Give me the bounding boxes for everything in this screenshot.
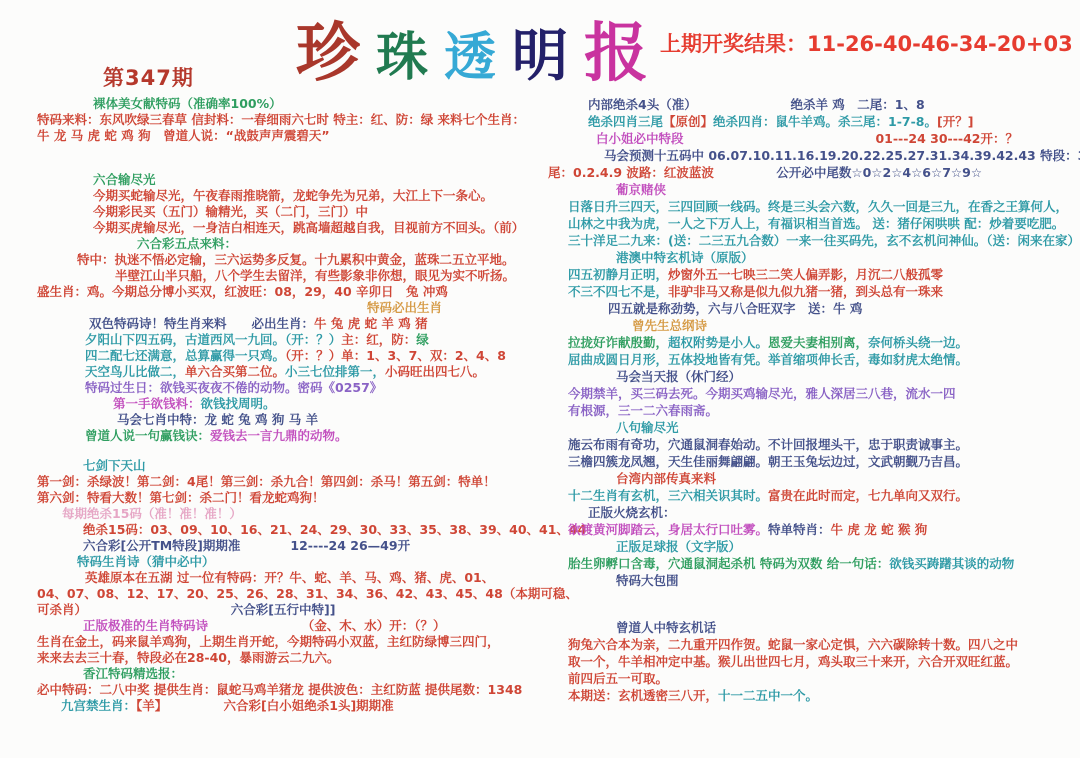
text-line: 曾先生总纲诗 xyxy=(568,317,1074,334)
text-line: 葡京赌侠 xyxy=(568,181,1074,198)
text-segment: 六合彩[五行中特]] xyxy=(81,602,336,617)
text-segment: 【原创】 xyxy=(663,114,713,129)
text-line: 屈曲成圆日月形，五体投地皆有凭。举首缩项伸长舌，毒如豺虎太绝情。 xyxy=(568,351,1074,368)
text-segment: 前四后五一可取。 xyxy=(568,671,668,686)
issue-number: 第347期 xyxy=(103,62,194,92)
text-line: 香江特码精选报： xyxy=(37,666,551,682)
text-line: 曾道人中特玄机话 xyxy=(568,619,1074,636)
text-segment: 恩爱夫妻相别离， xyxy=(768,335,868,350)
text-segment: 第一剑：杀绿波！第二剑：4尾！第三剑：杀九合！第四剑：杀马！第五剑：特单！ xyxy=(37,474,496,489)
text-line: 第一手欲钱料：欲钱找周明。 xyxy=(37,396,551,412)
text-line: 每期绝杀15码（准！准！准！） xyxy=(37,506,551,522)
text-line: 有根源，三一二六春雨斋。 xyxy=(568,402,1074,419)
text-line: 特码大包围 xyxy=(568,572,1074,589)
text-segment: 六合输尽光 xyxy=(93,172,156,187)
text-segment: 白小姐必中特段 xyxy=(596,131,684,146)
text-line: 裸体美女献特码（准确率100%） xyxy=(37,96,551,112)
last-draw-result: 上期开奖结果：11-26-40-46-34-20+03 xyxy=(660,28,1073,58)
text-line: 今期禁羊，买三码去死。今期买鸡输尽光，雅人深居三八巷，流水一四 xyxy=(568,385,1074,402)
text-segment: 裸体美女献特码（准确率100%） xyxy=(93,96,282,111)
text-segment: 正版火烧玄机： xyxy=(588,505,676,520)
text-line: 马会预测十五码中 06.07.10.11.16.19.20.22.25.27.3… xyxy=(568,147,1074,164)
text-line: 台湾内部传真来料 xyxy=(568,470,1074,487)
text-line: 尾：0.2.4.9 波路：红波蓝波 公开必中尾数☆0☆2☆4☆6☆7☆9☆ xyxy=(548,164,1074,181)
text-line: 绝杀15码：03、09、10、16、21、24、29、30、33、35、38、3… xyxy=(37,522,551,538)
text-line: 双色特码诗！特生肖来料 必出生肖：牛 兔 虎 蛇 羊 鸡 猪 xyxy=(37,316,551,332)
text-line: 马会当天报（休门经） xyxy=(568,368,1074,385)
text-segment: 牛 兔 虎 蛇 羊 鸡 猪 xyxy=(314,316,428,331)
text-segment: 十一二五中一个。 xyxy=(718,688,818,703)
text-line: 今期买蛇输尽光，午夜春雨推晓箭，龙蛇争先为兄弟，大江上下一条心。 xyxy=(37,188,551,204)
text-line: 七剑下天山 xyxy=(37,458,551,474)
text-segment: 牛 龙 马 虎 蛇 鸡 狗 曾道人说：“战鼓声声震碧天” xyxy=(37,128,330,143)
text-line: 第一剑：杀绿波！第二剑：4尾！第三剑：杀九合！第四剑：杀马！第五剑：特单！ xyxy=(37,474,551,490)
text-segment: 特码生肖诗（猜中必中） xyxy=(77,554,215,569)
text-segment: 炒窗外五一七映三二笑人偏弄影，月沉二八般孤零 xyxy=(668,267,943,282)
text-segment: 施云布雨有奇功，穴通鼠洞春始动。不计回报埋头干，忠于职责诚事主。 xyxy=(568,437,968,452)
text-line: 马会七肖中特：龙 蛇 兔 鸡 狗 马 羊 xyxy=(37,412,551,428)
text-segment: 绝杀四肖三尾 xyxy=(588,114,663,129)
text-segment: 三十洋足二九来：(送：二三五九合数）一来一往买码先，玄不玄机问神仙。（送：闲来在… xyxy=(568,233,1080,248)
text-segment: 八句输尽光 xyxy=(616,420,679,435)
text-segment: 绿 xyxy=(416,332,429,347)
text-segment: 第一手欲钱料： xyxy=(113,396,201,411)
text-line: 半壁江山半只船，八个学生去留洋，有些影象非你想，眼见为实不听扬。 xyxy=(37,268,551,284)
text-segment: 欲钱找周明。 xyxy=(201,396,276,411)
left-column: 裸体美女献特码（准确率100%）特码来料：东风吹绿三春草 信封料：一春细雨六七时… xyxy=(37,96,551,714)
text-segment: 今期禁羊，买三码去死。今期买鸡输尽光，雅人深居三八巷，流水一四 xyxy=(568,386,956,401)
text-line: 四二配七还满意，总算赢得一只鸡。（开：？）单：1、3、7、双：2、4、8 xyxy=(37,348,551,364)
text-line: 不三不四七不是，非驴非马又称是似九似九猪一猪，到头总有一珠来 xyxy=(568,283,1074,300)
text-segment: （金、木、水）开：（？） xyxy=(208,618,446,633)
text-line: 港澳中特玄机诗（原版） xyxy=(568,249,1074,266)
text-line: 生肖在金土，码来鼠羊鸡狗，上期生肖开蛇，今期特码小双蓝，主红防绿博三四门， xyxy=(37,634,551,650)
text-segment: 本期送：玄机透密三八开， xyxy=(568,688,718,703)
text-segment: 欲钱买踌躇其谈的动物 xyxy=(889,556,1014,571)
text-line: 正版火烧玄机： xyxy=(568,504,1074,521)
text-line: 三檐四簇龙凤翘，天生佳丽舞翩翩。朝王玉兔坛边过，文武朝觐乃吉昌。 xyxy=(568,453,1074,470)
text-segment: 非驴非马又称是似九似九猪一猪，到头总有一珠来 xyxy=(668,284,943,299)
text-segment: 四二配七还满意，总算赢得一只鸡。 xyxy=(85,348,285,363)
masthead-char: 珍 xyxy=(296,16,376,93)
text-segment: 山林之中我为虎，一人之下万人上，有福识相当首选。 送：猪仔闲哄哄 配：炒着要吃肥… xyxy=(568,216,1064,231)
text-segment: 富贵在此时而定，七九单向又双行。 xyxy=(768,488,968,503)
text-segment: 有根源，三一二六春雨斋。 xyxy=(568,403,718,418)
text-segment: [开？] xyxy=(937,114,973,129)
text-segment: 牛 虎 龙 蛇 猴 狗 xyxy=(831,522,928,537)
text-segment: 香江特码精选报： xyxy=(83,666,183,681)
text-segment: 特码必出生肖 xyxy=(367,300,442,315)
text-segment: 必中特码：二八中奖 提供生肖：鼠蛇马鸡羊猪龙 提供波色：主红防蓝 提供尾数：13… xyxy=(37,682,522,697)
text-line: 施云布雨有奇功，穴通鼠洞春始动。不计回报埋头干，忠于职责诚事主。 xyxy=(568,436,1074,453)
text-segment: 正版极准的生肖特码诗 xyxy=(83,618,208,633)
text-segment: 特码过生日：欲钱买夜夜不倦的动物。密码《0257》 xyxy=(85,380,382,395)
text-segment: 奈何桥头绕一边。 xyxy=(868,335,968,350)
masthead-title: 珍珠透明报 xyxy=(296,16,664,93)
text-segment: 尾：0.2.4.9 波路：红波蓝波 xyxy=(548,165,714,180)
masthead-char: 明 xyxy=(512,23,584,90)
text-segment: 马会预测十五码中 06.07.10.11.16.19.20.22.25.27.3… xyxy=(604,148,1080,163)
text-segment: 拉拢好诈献殷勤， xyxy=(568,335,668,350)
text-line: 绝杀四肖三尾【原创】绝杀四肖：鼠牛羊鸡。杀三尾：1-7-8。[开？] xyxy=(568,113,1074,130)
text-segment: 第六剑：特看大数！第七剑：杀二门！看龙蛇鸡狗！ xyxy=(37,490,325,505)
text-segment: 来来去去三十春，特段必在28-40，暴雨游云二九六。 xyxy=(37,650,339,665)
text-segment: 取一个，牛羊相冲定中基。猴儿出世四七月，鸡头取三十来开，六合开双旺红蓝。 xyxy=(568,654,1018,669)
text-line: 欲渡黄河脚踏云，身居太行口吐雾。特单特肖：牛 虎 龙 蛇 猴 狗 xyxy=(568,521,1074,538)
right-column: 内部绝杀4头（准） 绝杀羊 鸡 二尾：1、8绝杀四肖三尾【原创】绝杀四肖：鼠牛羊… xyxy=(568,96,1074,704)
text-line: 日落日升三四天，三四回顾一线码。终是三头会六数，久久一回是三九，在香之王算何人， xyxy=(568,198,1074,215)
text-segment: 六合彩五点来料： xyxy=(137,236,237,251)
text-segment: 不三不四七不是， xyxy=(568,284,668,299)
text-segment: 正版足球报（文字版） xyxy=(616,539,741,554)
text-segment: 欲渡黄河脚踏云，身居太行口吐雾。 xyxy=(568,522,768,537)
text-line: 04、07、08、12、17、20、25、26、28、31、34、36、42、4… xyxy=(37,586,551,602)
text-line: 曾道人说一句赢钱诀：爱钱去一言九鼎的动物。 xyxy=(37,428,551,444)
text-segment: 绝杀四肖：鼠牛羊鸡。杀三尾：1-7-8。 xyxy=(713,114,937,129)
text-line: 三十洋足二九来：(送：二三五九合数）一来一往买码先，玄不玄机问神仙。（送：闲来在… xyxy=(568,232,1074,249)
text-line: 狗兔六合本为亲，二九重开四作贺。蛇鼠一家心定惧，六六碳除转十数。四八之中 xyxy=(568,636,1074,653)
text-line: 八句输尽光 xyxy=(568,419,1074,436)
text-line: 今期彩民买（五门）输精光，买（二门，三门）中 xyxy=(37,204,551,220)
text-line: 特码过生日：欲钱买夜夜不倦的动物。密码《0257》 xyxy=(37,380,551,396)
text-segment: 单六合买第二位。 xyxy=(185,364,285,379)
text-segment: 小三七位排第一， xyxy=(285,364,385,379)
text-segment: 曾道人说一句赢钱诀： xyxy=(85,428,210,443)
text-segment: 马会当天报（休门经） xyxy=(616,369,741,384)
text-segment: 可杀肖） xyxy=(37,602,81,617)
text-line: 胎生卵孵口含毒，穴通鼠洞起杀机 特码为双数 给一句话：欲钱买踌躇其谈的动物 xyxy=(568,555,1074,572)
text-segment: 台湾内部传真来料 xyxy=(616,471,716,486)
newspaper-page: 第347期 珍珠透明报 上期开奖结果：11-26-40-46-34-20+03 … xyxy=(0,0,1080,758)
text-segment: 绝杀羊 鸡 二尾：1、8 xyxy=(690,97,924,112)
text-line: 第六剑：特看大数！第七剑：杀二门！看龙蛇鸡狗！ xyxy=(37,490,551,506)
text-line: 取一个，牛羊相冲定中基。猴儿出世四七月，鸡头取三十来开，六合开双旺红蓝。 xyxy=(568,653,1074,670)
text-segment: 04、07、08、12、17、20、25、26、28、31、34、36、42、4… xyxy=(37,586,578,601)
text-segment: 狗兔六合本为亲，二九重开四作贺。蛇鼠一家心定惧，六六碳除转十数。四八之中 xyxy=(568,637,1018,652)
text-line: 天空鸟儿比做二，单六合买第二位。小三七位排第一，小码旺出四七八。 xyxy=(37,364,551,380)
text-segment: 港澳中特玄机诗（原版） xyxy=(616,250,754,265)
text-line: 英雄原本在五湖 过一位有特码：开？牛、蛇、羊、马、鸡、猪、虎、01、 xyxy=(37,570,551,586)
text-segment: 特中：执迷不悟必定输，三六运势多反复。十九累积中黄金，蓝珠二五立平地。 xyxy=(77,252,515,267)
text-segment: 七剑下天山 xyxy=(83,458,146,473)
text-line: 山林之中我为虎，一人之下万人上，有福识相当首选。 送：猪仔闲哄哄 配：炒着要吃肥… xyxy=(568,215,1074,232)
text-segment: 双色特码诗！特生肖来料 必出生肖： xyxy=(89,316,314,331)
text-line: 四五初静月正明，炒窗外五一七映三二笑人偏弄影，月沉二八般孤零 xyxy=(568,266,1074,283)
text-segment: 主：红，防： xyxy=(341,332,416,347)
text-segment: 盛生肖：鸡。今期总分博小买双，红波旺：08，29，40 辛卯日 兔 冲鸡 xyxy=(37,284,448,299)
text-line: 内部绝杀4头（准） 绝杀羊 鸡 二尾：1、8 xyxy=(568,96,1074,113)
text-segment: 特单特肖： xyxy=(768,522,831,537)
text-segment: 小码旺出四七八。 xyxy=(385,364,485,379)
text-line: 可杀肖） 六合彩[五行中特]] xyxy=(37,602,551,618)
text-segment: 特码来料：东风吹绿三春草 信封料：一春细雨六七时 特主：红、防：绿 来料七个生肖… xyxy=(37,112,525,127)
text-segment: 01---24 30---42开：？ xyxy=(875,130,1018,147)
text-segment: 英雄原本在五湖 过一位有特码：开？牛、蛇、羊、马、鸡、猪、虎、01、 xyxy=(85,570,494,585)
text-line: 特码必出生肖 xyxy=(37,300,551,316)
text-line: 九宫禁生肖：【羊】 六合彩[白小姐绝杀1头]期期准 xyxy=(37,698,551,714)
text-line: 夕阳山下四五码，古道西风一九回。（开：？）主：红，防：绿 xyxy=(37,332,551,348)
text-segment: 今期买虎输尽光，一身洁白相连天，跳高墙超越自我，目视前方不回头。（前） xyxy=(93,220,524,235)
text-segment: 绝杀15码：03、09、10、16、21、24、29、30、33、35、38、3… xyxy=(83,522,586,537)
text-line: 特码来料：东风吹绿三春草 信封料：一春细雨六七时 特主：红、防：绿 来料七个生肖… xyxy=(37,112,551,128)
text-segment: 四五就是称劲势，六与八合旺双字 送：牛 鸡 xyxy=(608,301,862,316)
text-segment: 爱钱去一言九鼎的动物。 xyxy=(210,428,348,443)
text-segment: 葡京赌侠 xyxy=(616,182,666,197)
text-line: 四五就是称劲势，六与八合旺双字 送：牛 鸡 xyxy=(568,300,1074,317)
text-segment: 特码大包围 xyxy=(616,573,679,588)
text-line: 今期买虎输尽光，一身洁白相连天，跳高墙超越自我，目视前方不回头。（前） xyxy=(37,220,551,236)
text-line: 牛 龙 马 虎 蛇 鸡 狗 曾道人说：“战鼓声声震碧天” xyxy=(37,128,551,144)
masthead-char: 透 xyxy=(444,27,512,89)
text-line: 六合彩[公开TM特段]期期准 12----24 26—49开 xyxy=(37,538,551,554)
text-line: 白小姐必中特段01---24 30---42开：？ xyxy=(568,130,1074,147)
text-segment: 今期买蛇输尽光，午夜春雨推晓箭，龙蛇争先为兄弟，大江上下一条心。 xyxy=(93,188,493,203)
text-segment: 六合彩[公开TM特段]期期准 12----24 26—49开 xyxy=(83,538,410,553)
text-segment: 屈曲成圆日月形，五体投地皆有凭。举首缩项伸长舌，毒如豺虎太绝情。 xyxy=(568,352,968,367)
text-segment: 超权附势是小人。 xyxy=(668,335,768,350)
text-segment: 九宫禁生肖： xyxy=(61,698,136,713)
text-line: 正版极准的生肖特码诗 （金、木、水）开：（？） xyxy=(37,618,551,634)
text-line: 前四后五一可取。 xyxy=(568,670,1074,687)
text-segment: 日落日升三四天，三四回顾一线码。终是三头会六数，久久一回是三九，在香之王算何人， xyxy=(568,199,1068,214)
text-line: 特中：执迷不悟必定输，三六运势多反复。十九累积中黄金，蓝珠二五立平地。 xyxy=(37,252,551,268)
text-line: 六合彩五点来料： xyxy=(37,236,551,252)
text-segment: 四五初静月正明， xyxy=(568,267,668,282)
text-line: 必中特码：二八中奖 提供生肖：鼠蛇马鸡羊猪龙 提供波色：主红防蓝 提供尾数：13… xyxy=(37,682,551,698)
text-line: 特码生肖诗（猜中必中） xyxy=(37,554,551,570)
text-segment: 十二生肖有玄机，三六相关识其时。 xyxy=(568,488,768,503)
text-segment: 半壁江山半只船，八个学生去留洋，有些影象非你想，眼见为实不听扬。 xyxy=(115,268,515,283)
text-segment: 内部绝杀4头（准） xyxy=(588,97,690,112)
text-segment: 胎生卵孵口含毒，穴通鼠洞起杀机 特码为双数 给一句话： xyxy=(568,556,889,571)
text-segment: （开：？）单：1、3、7、双：2、4、8 xyxy=(285,348,506,363)
text-segment: 【羊】 xyxy=(136,698,161,713)
text-line: 拉拢好诈献殷勤，超权附势是小人。恩爱夫妻相别离，奈何桥头绕一边。 xyxy=(568,334,1074,351)
text-segment: 今期彩民买（五门）输精光，买（二门，三门）中 xyxy=(93,204,368,219)
text-line: 六合输尽光 xyxy=(37,172,551,188)
text-line: 十二生肖有玄机，三六相关识其时。富贵在此时而定，七九单向又双行。 xyxy=(568,487,1074,504)
text-line: 来来去去三十春，特段必在28-40，暴雨游云二九六。 xyxy=(37,650,551,666)
text-segment: 曾道人中特玄机话 xyxy=(616,620,716,635)
masthead-char: 珠 xyxy=(376,27,444,89)
text-segment: 每期绝杀15码（准！准！准！） xyxy=(62,506,242,521)
text-segment: 曾先生总纲诗 xyxy=(632,318,707,333)
text-segment: 马会七肖中特：龙 蛇 兔 鸡 狗 马 羊 xyxy=(117,412,318,427)
text-segment: 六合彩[白小姐绝杀1头]期期准 xyxy=(161,698,394,713)
text-line: 本期送：玄机透密三八开，十一二五中一个。 xyxy=(568,687,1074,704)
text-line: 盛生肖：鸡。今期总分博小买双，红波旺：08，29，40 辛卯日 兔 冲鸡 xyxy=(37,284,551,300)
text-segment: 三檐四簇龙凤翘，天生佳丽舞翩翩。朝王玉兔坛边过，文武朝觐乃吉昌。 xyxy=(568,454,968,469)
text-segment: 生肖在金土，码来鼠羊鸡狗，上期生肖开蛇，今期特码小双蓝，主红防绿博三四门， xyxy=(37,634,500,649)
text-line: 正版足球报（文字版） xyxy=(568,538,1074,555)
text-segment: 夕阳山下四五码，古道西风一九回。（开：？） xyxy=(85,332,341,347)
text-segment: 天空鸟儿比做二， xyxy=(85,364,185,379)
text-segment: 公开必中尾数☆0☆2☆4☆6☆7☆9☆ xyxy=(714,165,982,180)
masthead-char: 报 xyxy=(584,16,664,93)
